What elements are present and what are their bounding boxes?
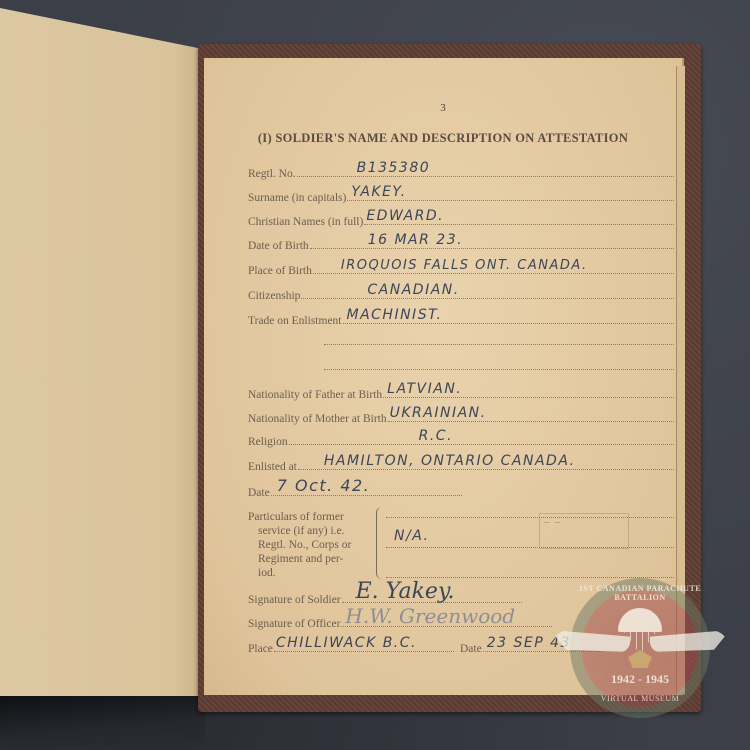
field-value: B135380 (357, 160, 431, 176)
officer-signature: H.W. Greenwood (345, 604, 515, 628)
field-label: Regtl. No. (248, 168, 296, 180)
field-value: UKRAINIAN. (390, 405, 487, 421)
field-value: 16 MAR 23. (368, 232, 463, 248)
field-value: MACHINIST. (347, 307, 443, 323)
blank-line (386, 546, 674, 548)
field-label: Signature of Officer (248, 618, 340, 630)
place-row: Place CHILLIWACK B.C. (248, 637, 454, 655)
field-value: IROQUOIS FALLS ONT. CANADA. (341, 258, 588, 273)
field-label: Surname (in capitals) (248, 192, 346, 204)
field-enlisted-at: Enlisted at HAMILTON, ONTARIO CANADA. (248, 455, 674, 473)
field-father-nationality: Nationality of Father at Birth LATVIAN. (248, 383, 674, 401)
field-date-of-birth: Date of Birth 16 MAR 23. (248, 234, 674, 252)
field-value: HAMILTON, ONTARIO CANADA. (324, 453, 576, 469)
wing-right-icon (650, 630, 730, 652)
blank-line (386, 516, 674, 518)
field-christian-names: Christian Names (in full) EDWARD. (248, 210, 674, 228)
blank-line (324, 368, 674, 370)
field-regtl-no: Regtl. No. B135380 (248, 162, 674, 180)
faded-stamp: — — (539, 513, 629, 549)
field-label: Date (460, 643, 482, 655)
field-trade: Trade on Enlistment MACHINIST. (248, 309, 674, 327)
left-page-blank (0, 8, 204, 696)
field-label: Nationality of Mother at Birth (248, 413, 387, 425)
field-label: Signature of Soldier (248, 594, 341, 606)
field-enlist-date: Date 7 Oct. 42. (248, 481, 462, 499)
field-value: 7 Oct. 42. (277, 476, 371, 495)
field-label: Place of Birth (248, 265, 312, 277)
maple-leaf-icon (628, 650, 652, 668)
place-value: CHILLIWACK B.C. (276, 635, 417, 651)
field-label: Nationality of Father at Birth (248, 389, 382, 401)
field-label: Christian Names (in full) (248, 216, 363, 228)
field-label: Religion (248, 436, 288, 448)
blank-line (324, 343, 674, 345)
field-label: Enlisted at (248, 461, 297, 473)
page-heading: (I) SOLDIER'S NAME AND DESCRIPTION ON AT… (204, 131, 682, 146)
former-service-label: Particulars of former service (if any) i… (248, 510, 376, 580)
field-value: LATVIAN. (387, 381, 462, 397)
table-shadow (0, 690, 205, 750)
field-surname: Surname (in capitals) YAKEY. (248, 186, 674, 204)
former-service-value: N/A. (394, 528, 429, 544)
field-mother-nationality: Nationality of Mother at Birth UKRAINIAN… (248, 407, 674, 425)
parachute-icon (618, 608, 662, 632)
field-value: YAKEY. (351, 184, 406, 200)
field-religion: Religion R.C. (248, 430, 674, 448)
soldier-signature: E. Yakey. (356, 579, 455, 604)
field-value: EDWARD. (366, 208, 444, 224)
watermark-title: 1ST CANADIAN PARACHUTE BATTALION (570, 584, 710, 602)
field-value: CANADIAN. (367, 282, 459, 298)
watermark-subtitle: VIRTUAL MUSEUM (570, 694, 710, 703)
field-label: Date (248, 487, 270, 499)
field-label: Date of Birth (248, 240, 309, 252)
museum-watermark-logo: 1ST CANADIAN PARACHUTE BATTALION 1942 - … (570, 578, 710, 718)
field-label: Citizenship (248, 290, 300, 302)
field-label: Place (248, 643, 273, 655)
field-citizenship: Citizenship CANADIAN. (248, 284, 674, 302)
field-label: Trade on Enlistment (248, 315, 342, 327)
page-number: 3 (204, 102, 682, 114)
field-value: R.C. (419, 428, 453, 444)
bracket (376, 507, 383, 579)
officer-signature-row: Signature of Officer H.W. Greenwood (248, 612, 552, 630)
field-place-of-birth: Place of Birth IROQUOIS FALLS ONT. CANAD… (248, 259, 674, 277)
watermark-years: 1942 - 1945 (570, 672, 710, 687)
